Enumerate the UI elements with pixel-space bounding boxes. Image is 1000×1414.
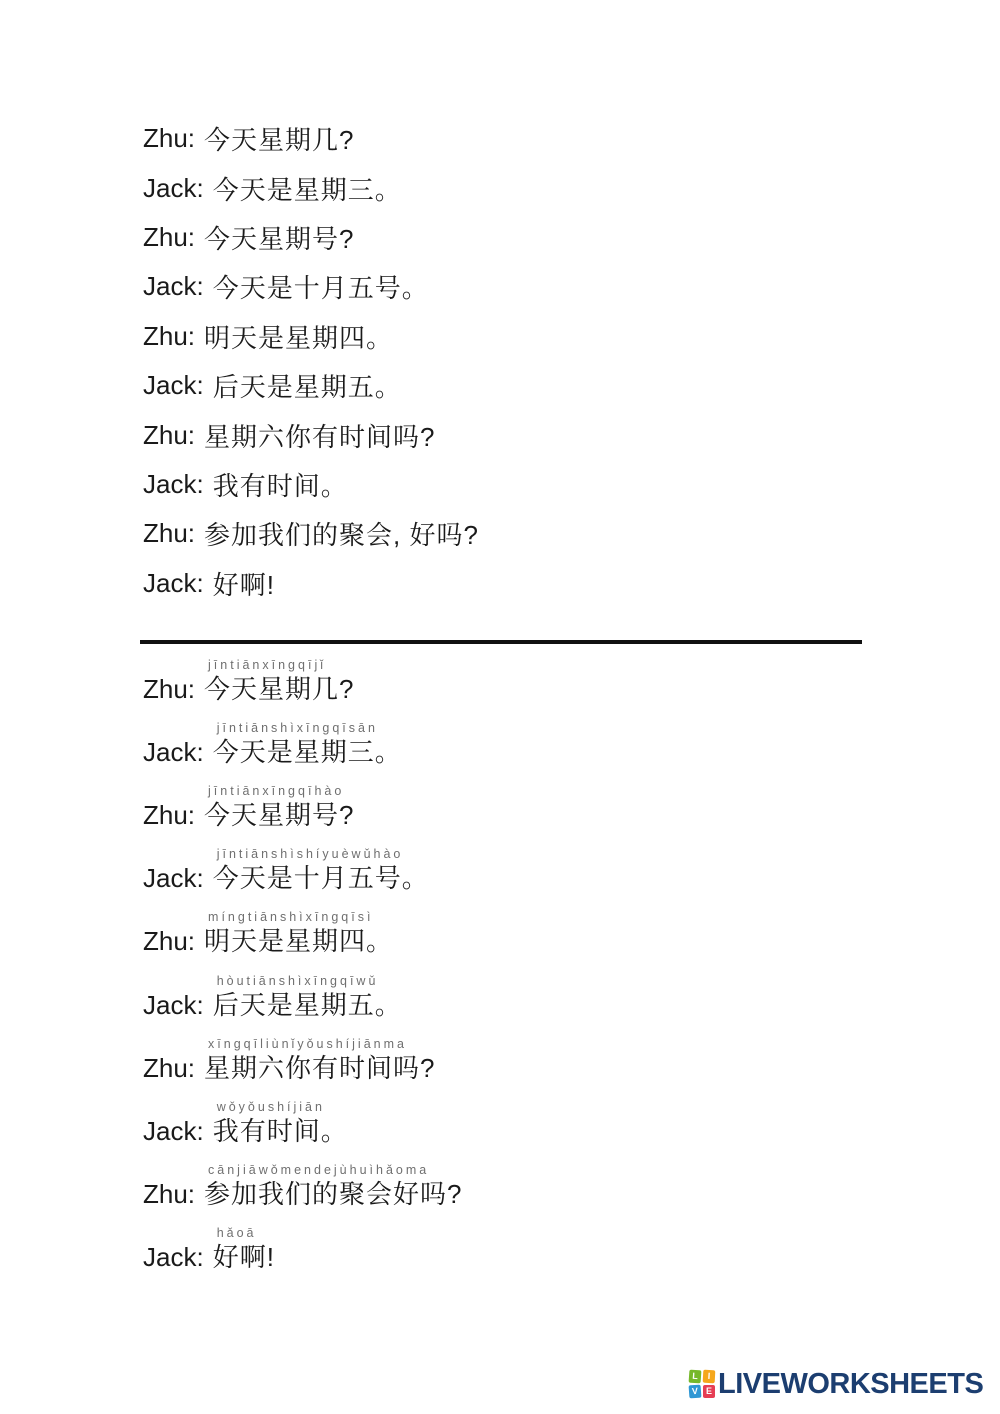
- speaker-label: Jack:: [143, 568, 204, 599]
- pinyin-annotation: jīntiānshìshíyuèwǔhào: [213, 847, 404, 862]
- dialogue-line-with-pinyin: Zhu: jīntiānxīngqīhào 今天星期号?: [143, 780, 463, 843]
- chinese-text: 星期六你有时间吗?: [204, 417, 435, 454]
- chinese-text: 我有时间。: [213, 1115, 348, 1147]
- annotated-text-block: míngtiānshìxīngqīsì 明天是星期四。: [204, 910, 393, 957]
- chinese-text: 星期六你有时间吗?: [204, 1052, 435, 1084]
- dialogue-line: Jack: 后天是星期五。: [143, 361, 479, 410]
- speaker-label: Zhu:: [143, 1053, 195, 1084]
- speaker-label: Zhu:: [143, 674, 195, 705]
- annotated-text-block: hòutiānshìxīngqīwǔ 后天是星期五。: [213, 974, 402, 1021]
- pinyin-annotation: jīntiānxīngqījǐ: [204, 658, 326, 673]
- chinese-text: 明天是星期四。: [204, 318, 393, 355]
- speaker-label: Jack:: [143, 1242, 204, 1273]
- chinese-text: 好啊!: [213, 565, 275, 602]
- speaker-label: Zhu:: [143, 926, 195, 957]
- logo-letter-tile: L: [689, 1370, 702, 1384]
- annotated-text-block: jīntiānshìxīngqīsān 今天是星期三。: [213, 721, 402, 768]
- dialogue-line: Zhu: 参加我们的聚会, 好吗?: [143, 509, 479, 558]
- pinyin-annotation: míngtiānshìxīngqīsì: [204, 910, 373, 925]
- pinyin-annotation: hòutiānshìxīngqīwǔ: [213, 974, 379, 989]
- chinese-text: 我有时间。: [213, 466, 348, 503]
- annotated-text-block: jīntiānshìshíyuèwǔhào 今天是十月五号。: [213, 847, 429, 894]
- chinese-text: 今天星期几?: [204, 120, 354, 157]
- annotated-text-block: wǒyǒushíjiān 我有时间。: [213, 1100, 348, 1147]
- chinese-text: 好啊!: [213, 1241, 275, 1273]
- speaker-label: Jack:: [143, 990, 204, 1021]
- dialogue-line: Zhu: 明天是星期四。: [143, 312, 479, 361]
- liveworksheets-grid-icon: L I V E: [689, 1370, 715, 1398]
- annotated-text-block: hǎoā 好啊!: [213, 1226, 275, 1273]
- dialogue-plain-section: Zhu: 今天星期几? Jack: 今天是星期三。 Zhu: 今天星期号? Ja…: [143, 114, 479, 608]
- dialogue-line-with-pinyin: Jack: jīntiānshìshíyuèwǔhào 今天是十月五号。: [143, 843, 463, 906]
- chinese-text: 明天是星期四。: [204, 925, 393, 957]
- dialogue-line: Jack: 好啊!: [143, 559, 479, 608]
- speaker-label: Jack:: [143, 173, 204, 204]
- annotated-text-block: cānjiāwǒmendejùhuìhǎoma 参加我们的聚会好吗?: [204, 1163, 462, 1210]
- speaker-label: Jack:: [143, 737, 204, 768]
- speaker-label: Jack:: [143, 370, 204, 401]
- worksheet-page: Zhu: 今天星期几? Jack: 今天是星期三。 Zhu: 今天星期号? Ja…: [0, 0, 1000, 1414]
- speaker-label: Zhu:: [143, 123, 195, 154]
- dialogue-pinyin-section: Zhu: jīntiānxīngqījǐ 今天星期几? Jack: jīntiā…: [143, 654, 463, 1285]
- dialogue-line: Zhu: 今天星期几?: [143, 114, 479, 163]
- chinese-text: 今天星期号?: [204, 799, 354, 831]
- dialogue-line: Jack: 今天是星期三。: [143, 163, 479, 212]
- pinyin-annotation: xīngqīliùnǐyǒushíjiānma: [204, 1037, 407, 1052]
- dialogue-line-with-pinyin: Jack: hòutiānshìxīngqīwǔ 后天是星期五。: [143, 969, 463, 1032]
- dialogue-line-with-pinyin: Zhu: jīntiānxīngqījǐ 今天星期几?: [143, 654, 463, 717]
- dialogue-line: Zhu: 星期六你有时间吗?: [143, 410, 479, 459]
- annotated-text-block: jīntiānxīngqījǐ 今天星期几?: [204, 658, 354, 705]
- chinese-text: 今天是星期三。: [213, 170, 402, 207]
- logo-letter-tile: I: [703, 1370, 716, 1384]
- chinese-text: 今天是十月五号。: [213, 268, 429, 305]
- dialogue-line-with-pinyin: Zhu: xīngqīliùnǐyǒushíjiānma 星期六你有时间吗?: [143, 1033, 463, 1096]
- speaker-label: Zhu:: [143, 420, 195, 451]
- speaker-label: Jack:: [143, 863, 204, 894]
- annotated-text-block: jīntiānxīngqīhào 今天星期号?: [204, 784, 354, 831]
- dialogue-line-with-pinyin: Jack: wǒyǒushíjiān 我有时间。: [143, 1096, 463, 1159]
- dialogue-line: Jack: 我有时间。: [143, 460, 479, 509]
- pinyin-annotation: jīntiānxīngqīhào: [204, 784, 344, 799]
- dialogue-line-with-pinyin: Zhu: cānjiāwǒmendejùhuìhǎoma 参加我们的聚会好吗?: [143, 1159, 463, 1222]
- dialogue-line-with-pinyin: Jack: jīntiānshìxīngqīsān 今天是星期三。: [143, 717, 463, 780]
- speaker-label: Jack:: [143, 271, 204, 302]
- speaker-label: Zhu:: [143, 222, 195, 253]
- pinyin-annotation: hǎoā: [213, 1226, 257, 1241]
- dialogue-line: Jack: 今天是十月五号。: [143, 262, 479, 311]
- logo-letter-tile: E: [703, 1385, 715, 1398]
- dialogue-line-with-pinyin: Jack: hǎoā 好啊!: [143, 1222, 463, 1285]
- logo-text: LIVEWORKSHEETS: [718, 1368, 983, 1401]
- annotated-text-block: xīngqīliùnǐyǒushíjiānma 星期六你有时间吗?: [204, 1037, 435, 1084]
- speaker-label: Zhu:: [143, 1179, 195, 1210]
- chinese-text: 今天是十月五号。: [213, 862, 429, 894]
- pinyin-annotation: wǒyǒushíjiān: [213, 1100, 325, 1115]
- speaker-label: Zhu:: [143, 518, 195, 549]
- chinese-text: 参加我们的聚会, 好吗?: [204, 515, 479, 552]
- pinyin-annotation: jīntiānshìxīngqīsān: [213, 721, 378, 736]
- logo-letter-tile: V: [689, 1385, 702, 1399]
- chinese-text: 今天是星期三。: [213, 736, 402, 768]
- speaker-label: Zhu:: [143, 321, 195, 352]
- speaker-label: Jack:: [143, 469, 204, 500]
- speaker-label: Zhu:: [143, 800, 195, 831]
- dialogue-line-with-pinyin: Zhu: míngtiānshìxīngqīsì 明天是星期四。: [143, 906, 463, 969]
- chinese-text: 今天星期号?: [204, 219, 354, 256]
- speaker-label: Jack:: [143, 1116, 204, 1147]
- pinyin-annotation: cānjiāwǒmendejùhuìhǎoma: [204, 1163, 429, 1178]
- chinese-text: 今天星期几?: [204, 673, 354, 705]
- chinese-text: 后天是星期五。: [213, 367, 402, 404]
- chinese-text: 参加我们的聚会好吗?: [204, 1178, 462, 1210]
- chinese-text: 后天是星期五。: [213, 989, 402, 1021]
- section-divider: [140, 640, 862, 644]
- liveworksheets-logo[interactable]: L I V E LIVEWORKSHEETS: [689, 1368, 983, 1400]
- dialogue-line: Zhu: 今天星期号?: [143, 213, 479, 262]
